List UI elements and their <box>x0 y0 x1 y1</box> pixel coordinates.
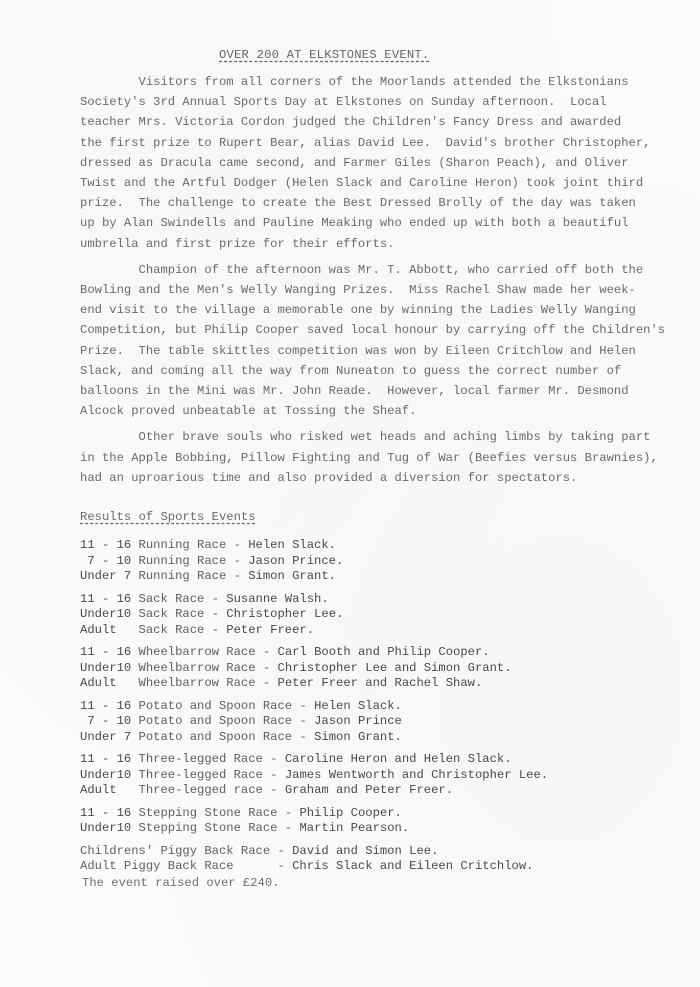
text-line: Visitors from all corners of the Moorlan… <box>80 72 680 92</box>
separator: - <box>256 645 278 659</box>
event-name: Running Race <box>139 538 227 552</box>
article-paragraph: Champion of the afternoon was Mr. T. Abb… <box>80 260 680 422</box>
age-group: 11 - 16 <box>80 699 139 713</box>
result-row: Under10 Stepping Stone Race - Martin Pea… <box>80 821 680 837</box>
text-line: Society's 3rd Annual Sports Day at Elkst… <box>80 92 680 112</box>
age-group: 11 - 16 <box>80 592 139 606</box>
results-group: 11 - 16 Stepping Stone Race - Philip Coo… <box>80 806 680 837</box>
result-row: 11 - 16 Potato and Spoon Race - Helen Sl… <box>80 699 680 715</box>
results-group: Childrens' Piggy Back Race - David and S… <box>80 844 680 875</box>
age-group: Adult <box>80 676 139 690</box>
event-name: Stepping Stone Race <box>139 806 278 820</box>
age-group: 11 - 16 <box>80 806 139 820</box>
separator: - <box>277 806 299 820</box>
separator: - <box>226 538 248 552</box>
text-line: Bowling and the Men's Welly Wanging Priz… <box>80 280 680 300</box>
event-name: Potato and Spoon Race <box>139 699 293 713</box>
age-group: Under 7 <box>80 730 139 744</box>
separator: - <box>270 844 292 858</box>
age-group: 7 - 10 <box>80 554 139 568</box>
winner-name: Susanne Walsh. <box>226 592 328 606</box>
footer-note: The event raised over £240. <box>82 876 279 890</box>
age-group: Under10 <box>80 661 139 675</box>
event-name: Wheelbarrow Race <box>139 661 256 675</box>
result-row: 11 - 16 Three-legged Race - Caroline Her… <box>80 752 680 768</box>
result-row: Under10 Wheelbarrow Race - Christopher L… <box>80 661 680 677</box>
separator: - <box>277 821 299 835</box>
separator: - <box>292 699 314 713</box>
text-line: Prize. The table skittles competition wa… <box>80 341 680 361</box>
result-row: 7 - 10 Potato and Spoon Race - Jason Pri… <box>80 714 680 730</box>
age-group: Adult <box>80 623 139 637</box>
age-group: Under10 <box>80 821 139 835</box>
event-name: Wheelbarrow Race <box>139 676 256 690</box>
document-page: OVER 200 AT ELKSTONES EVENT. Visitors fr… <box>0 0 700 987</box>
results-group: 11 - 16 Three-legged Race - Caroline Her… <box>80 752 680 799</box>
text-line: umbrella and first prize for their effor… <box>80 234 680 254</box>
separator: - <box>270 859 292 873</box>
separator: - <box>226 569 248 583</box>
separator: - <box>263 783 285 797</box>
winner-name: Martin Pearson. <box>299 821 409 835</box>
event-name: Sack Race <box>139 592 205 606</box>
text-line: teacher Mrs. Victoria Cordon judged the … <box>80 112 680 132</box>
result-row: 7 - 10 Running Race - Jason Prince. <box>80 554 680 570</box>
winner-name: Philip Cooper. <box>299 806 401 820</box>
separator: - <box>204 592 226 606</box>
article-paragraph: Other brave souls who risked wet heads a… <box>80 427 680 488</box>
winner-name: Peter Freer. <box>226 623 314 637</box>
separator: - <box>256 676 278 690</box>
results-group: 11 - 16 Wheelbarrow Race - Carl Booth an… <box>80 645 680 692</box>
event-name: Adult Piggy Back Race <box>80 859 270 873</box>
result-row: Under10 Three-legged Race - James Wentwo… <box>80 768 680 784</box>
event-name: Three-legged Race <box>139 752 263 766</box>
age-group: 11 - 16 <box>80 752 139 766</box>
winner-name: Helen Slack. <box>314 699 402 713</box>
age-group: Under 7 <box>80 569 139 583</box>
event-name: Running Race <box>139 569 227 583</box>
text-line: dressed as Dracula came second, and Farm… <box>80 153 680 173</box>
winner-name: David and Simon Lee. <box>292 844 438 858</box>
winner-name: Simon Grant. <box>314 730 402 744</box>
text-line: Slack, and coming all the way from Nunea… <box>80 361 680 381</box>
separator: - <box>292 730 314 744</box>
result-row: Under 7 Potato and Spoon Race - Simon Gr… <box>80 730 680 746</box>
winner-name: Christopher Lee. <box>226 607 343 621</box>
age-group: Under10 <box>80 607 139 621</box>
winner-name: Helen Slack. <box>248 538 336 552</box>
separator: - <box>204 607 226 621</box>
separator: - <box>292 714 314 728</box>
text-line: end visit to the village a memorable one… <box>80 300 680 320</box>
results-list: 11 - 16 Running Race - Helen Slack. 7 - … <box>80 538 680 882</box>
text-line: Champion of the afternoon was Mr. T. Abb… <box>80 260 680 280</box>
result-row: Adult Piggy Back Race - Chris Slack and … <box>80 859 680 875</box>
event-name: Three-legged Race <box>139 768 263 782</box>
result-row: 11 - 16 Sack Race - Susanne Walsh. <box>80 592 680 608</box>
result-row: Adult Sack Race - Peter Freer. <box>80 623 680 639</box>
winner-name: Peter Freer and Rachel Shaw. <box>278 676 483 690</box>
results-group: 11 - 16 Sack Race - Susanne Walsh.Under1… <box>80 592 680 639</box>
separator: - <box>263 768 285 782</box>
age-group: Under10 <box>80 768 139 782</box>
winner-name: Christopher Lee and Simon Grant. <box>278 661 512 675</box>
winner-name: Chris Slack and Eileen Critchlow. <box>292 859 533 873</box>
article-body: Visitors from all corners of the Moorlan… <box>80 72 680 488</box>
article-paragraph: Visitors from all corners of the Moorlan… <box>80 72 680 254</box>
winner-name: Carl Booth and Philip Cooper. <box>278 645 490 659</box>
result-row: 11 - 16 Wheelbarrow Race - Carl Booth an… <box>80 645 680 661</box>
results-group: 11 - 16 Running Race - Helen Slack. 7 - … <box>80 538 680 585</box>
text-line: balloons in the Mini was Mr. John Reade.… <box>80 381 680 401</box>
separator: - <box>256 661 278 675</box>
winner-name: Jason Prince <box>314 714 402 728</box>
separator: - <box>226 554 248 568</box>
text-line: prize. The challenge to create the Best … <box>80 193 680 213</box>
result-row: Adult Three-legged race - Graham and Pet… <box>80 783 680 799</box>
results-heading: Results of Sports Events <box>80 510 256 524</box>
age-group: 7 - 10 <box>80 714 139 728</box>
result-row: Adult Wheelbarrow Race - Peter Freer and… <box>80 676 680 692</box>
event-name: Potato and Spoon Race <box>139 730 293 744</box>
text-line: Twist and the Artful Dodger (Helen Slack… <box>80 173 680 193</box>
text-line: Competition, but Philip Cooper saved loc… <box>80 320 680 340</box>
age-group: 11 - 16 <box>80 645 139 659</box>
event-name: Childrens' Piggy Back Race <box>80 844 270 858</box>
text-line: had an uproarious time and also provided… <box>80 468 680 488</box>
event-name: Three-legged race <box>139 783 263 797</box>
text-line: the first prize to Rupert Bear, alias Da… <box>80 133 680 153</box>
results-group: 11 - 16 Potato and Spoon Race - Helen Sl… <box>80 699 680 746</box>
result-row: 11 - 16 Running Race - Helen Slack. <box>80 538 680 554</box>
result-row: Under 7 Running Race - Simon Grant. <box>80 569 680 585</box>
result-row: Under10 Sack Race - Christopher Lee. <box>80 607 680 623</box>
event-name: Stepping Stone Race <box>139 821 278 835</box>
separator: - <box>204 623 226 637</box>
winner-name: Graham and Peter Freer. <box>285 783 453 797</box>
result-row: Childrens' Piggy Back Race - David and S… <box>80 844 680 860</box>
document-title: OVER 200 AT ELKSTONES EVENT. <box>219 48 429 62</box>
text-line: Alcock proved unbeatable at Tossing the … <box>80 401 680 421</box>
event-name: Sack Race <box>139 607 205 621</box>
text-line: in the Apple Bobbing, Pillow Fighting an… <box>80 448 680 468</box>
result-row: 11 - 16 Stepping Stone Race - Philip Coo… <box>80 806 680 822</box>
age-group: 11 - 16 <box>80 538 139 552</box>
winner-name: James Wentworth and Christopher Lee. <box>285 768 548 782</box>
winner-name: Jason Prince. <box>248 554 343 568</box>
separator: - <box>263 752 285 766</box>
winner-name: Caroline Heron and Helen Slack. <box>285 752 512 766</box>
text-line: up by Alan Swindells and Pauline Meaking… <box>80 213 680 233</box>
event-name: Sack Race <box>139 623 205 637</box>
event-name: Potato and Spoon Race <box>139 714 293 728</box>
age-group: Adult <box>80 783 139 797</box>
event-name: Wheelbarrow Race <box>139 645 256 659</box>
text-line: Other brave souls who risked wet heads a… <box>80 427 680 447</box>
event-name: Running Race <box>139 554 227 568</box>
winner-name: Simon Grant. <box>248 569 336 583</box>
